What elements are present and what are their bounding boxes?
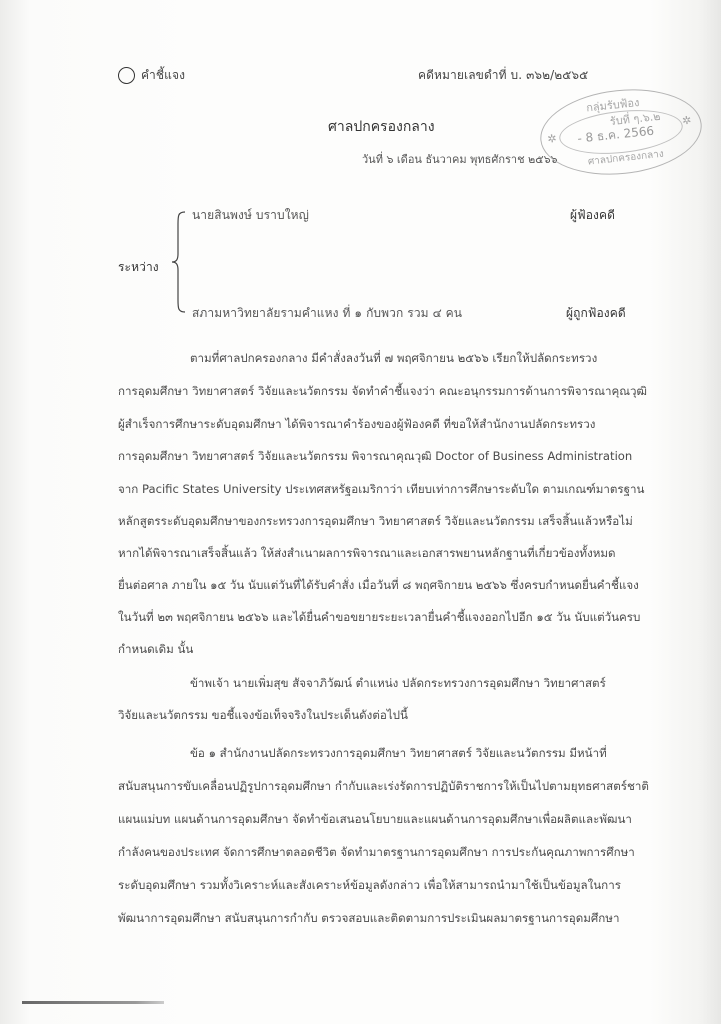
body-line: ระดับอุดมศึกษา รวมทั้งวิเคราะห์และสังเคร… xyxy=(118,877,621,895)
body-line: ในวันที่ ๒๓ พฤศจิกายน ๒๕๖๖ และได้ยื่นคำข… xyxy=(118,609,640,627)
curly-brace-icon xyxy=(170,210,186,314)
stamp-star-icon: ✲ xyxy=(682,114,693,128)
body-line: กำลังคนของประเทศ จัดการศึกษาตลอดชีวิต จั… xyxy=(118,844,635,862)
plaintiff-name: นายสินพงษ์ บราบใหญ่ xyxy=(192,206,309,225)
defendant-role: ผู้ถูกฟ้องคดี xyxy=(566,304,626,323)
body-line: ยื่นต่อศาล ภายใน ๑๕ วัน นับแต่วันที่ได้ร… xyxy=(118,577,639,595)
received-stamp: กลุ่มรับฟ้อง รับที่ ๆ.๖.๒ - 8 ธ.ค. 2566 … xyxy=(536,82,706,182)
document-type-label: คำชี้แจง xyxy=(141,66,185,85)
case-number: คดีหมายเลขดำที่ บ. ๓๖๒/๒๕๖๕ xyxy=(418,66,588,85)
plaintiff-role: ผู้ฟ้องคดี xyxy=(570,206,615,225)
body-line: ตามที่ศาลปกครองกลาง มีคำสั่งลงวันที่ ๗ พ… xyxy=(190,350,597,368)
stamp-star-icon: ✲ xyxy=(547,132,558,146)
body-line: จาก Pacific States University ประเทศสหรั… xyxy=(118,481,644,499)
body-line: ผู้สำเร็จการศึกษาระดับอุดมศึกษา ได้พิจาร… xyxy=(118,416,595,434)
body-line: ข้าพเจ้า นายเพิ่มสุข สัจจาภิวัฒน์ ตำแหน่… xyxy=(190,675,606,693)
body-line: ข้อ ๑ สำนักงานปลัดกระทรวงการอุดมศึกษา วิ… xyxy=(190,745,607,763)
court-name: ศาลปกครองกลาง xyxy=(328,116,435,138)
body-line: แผนแม่บท แผนด้านการอุดมศึกษา จัดทำข้อเสน… xyxy=(118,811,632,829)
body-line: การอุดมศึกษา วิทยาศาสตร์ วิจัยและนวัตกรร… xyxy=(118,448,632,466)
body-line: หลักสูตรระดับอุดมศึกษาของกระทรวงการอุดมศ… xyxy=(118,513,633,531)
date-line: วันที่ ๖ เดือน ธันวาคม พุทธศักราช ๒๕๖๖ xyxy=(362,150,558,168)
body-line: หากได้พิจารณาเสร็จสิ้นแล้ว ให้ส่งสำเนาผล… xyxy=(118,545,616,563)
document-page: คำชี้แจง คดีหมายเลขดำที่ บ. ๓๖๒/๒๕๖๕ ศาล… xyxy=(0,0,721,1024)
defendant-name: สภามหาวิทยาลัยรามคำแหง ที่ ๑ กับพวก รวม … xyxy=(192,304,462,323)
body-line: การอุดมศึกษา วิทยาศาสตร์ วิจัยและนวัตกรร… xyxy=(118,383,647,401)
body-line: กำหนดเดิม นั้น xyxy=(118,641,193,659)
body-line: วิจัยและนวัตกรรม ขอชี้แจงข้อเท็จจริงในปร… xyxy=(118,707,408,725)
between-label: ระหว่าง xyxy=(118,258,159,277)
body-line: พัฒนาการอุดมศึกษา สนับสนุนการกำกับ ตรวจส… xyxy=(118,910,619,928)
checkbox-circle-icon xyxy=(118,67,135,84)
document-type: คำชี้แจง xyxy=(118,66,185,85)
footnote-divider xyxy=(22,1001,164,1004)
body-line: สนับสนุนการขับเคลื่อนปฏิรูปการอุดมศึกษา … xyxy=(118,778,649,796)
